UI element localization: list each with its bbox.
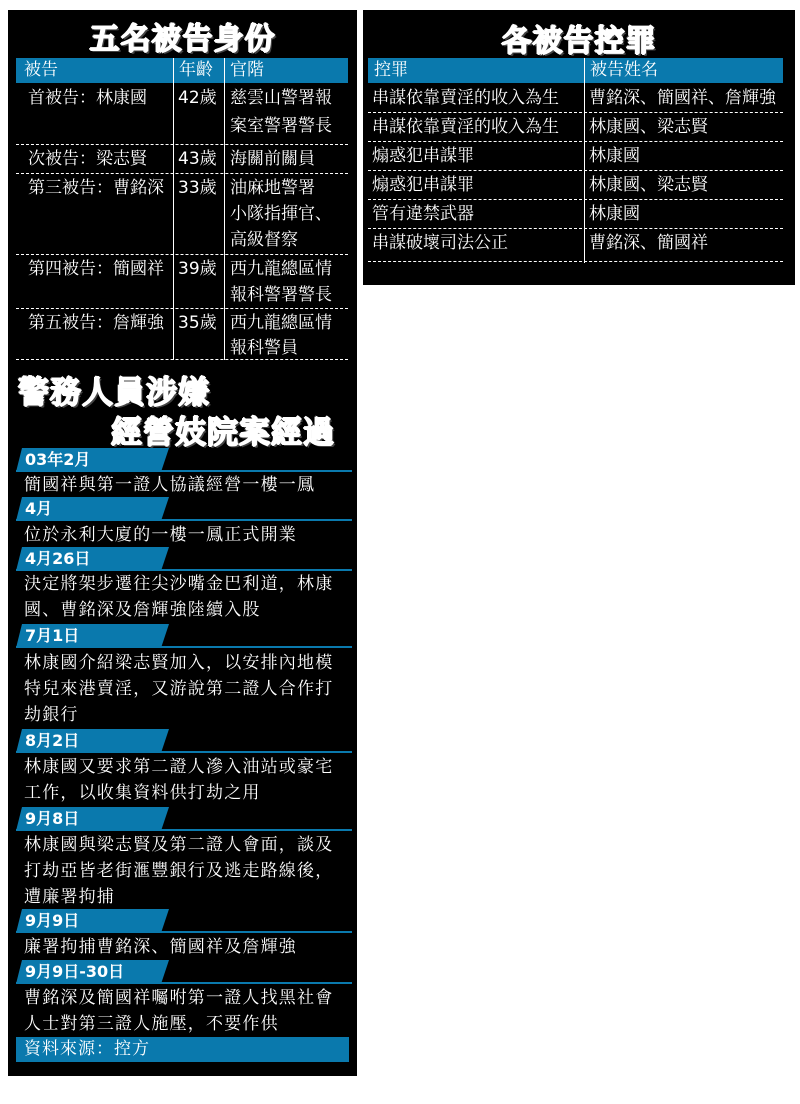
defendant-rank: 油麻地警署	[230, 174, 315, 202]
timeline-date: 9月9日-30日	[25, 960, 124, 984]
defendant-rank: 西九龍總區情	[230, 309, 332, 337]
defendant-name: 次被告：梁志賢	[28, 145, 147, 173]
timeline-event: 林康國又要求第二證人滲入油站或豪宅 工作，以收集資料供打劫之用	[24, 754, 354, 806]
timeline-event: 簡國祥與第一證人協議經營一樓一鳳	[24, 472, 354, 498]
defendant-name: 第三被告：曹銘深	[28, 174, 164, 202]
defendant-rank: 案室警署警長	[230, 112, 332, 140]
event-line: 遭廉署拘捕	[24, 884, 354, 910]
header-rank: 官階	[224, 58, 348, 83]
event-line: 林康國介紹梁志賢加入，以安排內地模	[24, 650, 354, 676]
charge-name: 串謀破壞司法公正	[372, 229, 508, 257]
charge-name: 串謀依靠賣淫的收入為生	[372, 84, 559, 112]
charged-defendants: 林康國	[589, 142, 640, 170]
table-row: 串謀破壞司法公正 曹銘深、簡國祥	[368, 229, 783, 262]
timeline-event: 廉署拘捕曹銘深、簡國祥及詹輝強	[24, 934, 354, 960]
charge-name: 串謀依靠賣淫的收入為生	[372, 113, 559, 141]
charges-panel: 各被告控罪 控罪 被告姓名 串謀依靠賣淫的收入為生 曹銘深、簡國祥、詹輝強 串謀…	[363, 10, 795, 285]
header-defendant: 被告	[16, 58, 173, 83]
defendant-rank: 小隊指揮官、	[230, 200, 332, 228]
charges-table-header: 控罪 被告姓名	[368, 58, 783, 83]
table-row: 第四被告：簡國祥 39歲 西九龍總區情 報科警署警長	[16, 255, 348, 309]
event-line: 廉署拘捕曹銘深、簡國祥及詹輝強	[24, 934, 354, 960]
defendant-name: 第四被告：簡國祥	[28, 255, 164, 283]
timeline-date-tab: 7月1日	[16, 624, 169, 648]
event-line: 國、曹銘深及詹輝強陸續入股	[24, 597, 354, 623]
table-row: 第五被告：詹輝強 35歲 西九龍總區情 報科警員	[16, 309, 348, 360]
timeline-date-tab: 9月9日-30日	[16, 960, 169, 984]
event-line: 林康國與梁志賢及第二證人會面，談及	[24, 832, 354, 858]
timeline-date: 9月9日	[25, 909, 79, 933]
defendant-rank: 報科警署警長	[230, 281, 332, 309]
defendant-age: 33歲	[178, 174, 217, 202]
table-row: 首被告：林康國 42歲 慈雲山警署報 案室警署警長	[16, 84, 348, 145]
defendant-age: 42歲	[178, 84, 217, 112]
defendants-panel: 五名被告身份 被告 年齡 官階 首被告：林康國 42歲 慈雲山警署報 案室警署警…	[8, 10, 357, 1076]
date-underline	[16, 519, 352, 521]
charged-defendants: 曹銘深、簡國祥	[589, 229, 708, 257]
timeline-event: 位於永利大廈的一樓一鳳正式開業	[24, 522, 354, 548]
timeline-date: 8月2日	[25, 729, 79, 753]
charge-name: 煽惑犯串謀罪	[372, 142, 474, 170]
table-row: 煽惑犯串謀罪 林康國、梁志賢	[368, 171, 783, 200]
table-row: 串謀依靠賣淫的收入為生 曹銘深、簡國祥、詹輝強	[368, 84, 783, 113]
timeline-date-tab: 03年2月	[16, 448, 169, 472]
event-line: 打劫亞皆老街滙豐銀行及逃走路線後，	[24, 858, 354, 884]
timeline-date-tab: 4月26日	[16, 547, 169, 571]
defendant-rank: 慈雲山警署報	[230, 84, 332, 112]
timeline-title-line1: 警務人員涉嫌	[18, 367, 210, 412]
timeline-date-tab: 4月	[16, 497, 169, 521]
defendant-rank: 西九龍總區情	[230, 255, 332, 283]
event-line: 工作，以收集資料供打劫之用	[24, 780, 354, 806]
source-note: 資料來源：控方	[16, 1037, 349, 1062]
defendant-rank: 高級督察	[230, 226, 298, 254]
timeline-title-line2: 經營妓院案經過	[111, 407, 335, 452]
defendant-rank: 報科警員	[230, 334, 298, 362]
defendant-age: 35歲	[178, 309, 217, 337]
timeline-date: 7月1日	[25, 624, 79, 648]
header-charge: 控罪	[368, 58, 584, 83]
timeline-date-tab: 9月9日	[16, 909, 169, 933]
defendant-name: 第五被告：詹輝強	[28, 309, 164, 337]
charged-defendants: 林康國、梁志賢	[589, 171, 708, 199]
event-line: 簡國祥與第一證人協議經營一樓一鳳	[24, 472, 354, 498]
charge-name: 管有違禁武器	[372, 200, 474, 228]
table-row: 串謀依靠賣淫的收入為生 林康國、梁志賢	[368, 113, 783, 142]
defendant-name: 首被告：林康國	[28, 84, 147, 112]
timeline-date-tab: 8月2日	[16, 729, 169, 753]
timeline-event: 決定將架步遷往尖沙嘴金巴利道，林康 國、曹銘深及詹輝強陸續入股	[24, 571, 354, 623]
header-age: 年齡	[173, 58, 224, 83]
event-line: 人士對第三證人施壓，不要作供	[24, 1011, 354, 1037]
charged-defendants: 曹銘深、簡國祥、詹輝強	[589, 84, 776, 112]
charged-defendants: 林康國	[589, 200, 640, 228]
timeline-date: 03年2月	[25, 448, 90, 472]
event-line: 曹銘深及簡國祥囑咐第一證人找黑社會	[24, 985, 354, 1011]
charge-name: 煽惑犯串謀罪	[372, 171, 474, 199]
timeline-event: 曹銘深及簡國祥囑咐第一證人找黑社會 人士對第三證人施壓，不要作供	[24, 985, 354, 1037]
event-line: 林康國又要求第二證人滲入油站或豪宅	[24, 754, 354, 780]
charges-title: 各被告控罪	[363, 16, 795, 60]
defendant-age: 43歲	[178, 145, 217, 173]
timeline-date: 4月26日	[25, 547, 90, 571]
timeline-date: 9月8日	[25, 807, 79, 831]
defendant-age: 39歲	[178, 255, 217, 283]
defendants-table-header: 被告 年齡 官階	[16, 58, 348, 83]
event-line: 劫銀行	[24, 702, 354, 728]
event-line: 決定將架步遷往尖沙嘴金巴利道，林康	[24, 571, 354, 597]
event-line: 位於永利大廈的一樓一鳳正式開業	[24, 522, 354, 548]
table-row: 次被告：梁志賢 43歲 海關前關員	[16, 145, 348, 174]
table-row: 管有違禁武器 林康國	[368, 200, 783, 229]
timeline-event: 林康國介紹梁志賢加入，以安排內地模 特兒來港賣淫，又游說第二證人合作打 劫銀行	[24, 650, 354, 728]
header-defendants: 被告姓名	[584, 58, 783, 83]
table-row: 煽惑犯串謀罪 林康國	[368, 142, 783, 171]
charged-defendants: 林康國、梁志賢	[589, 113, 708, 141]
timeline-date: 4月	[25, 497, 52, 521]
defendant-rank: 海關前關員	[230, 145, 315, 173]
timeline-event: 林康國與梁志賢及第二證人會面，談及 打劫亞皆老街滙豐銀行及逃走路線後， 遭廉署拘…	[24, 832, 354, 910]
timeline-date-tab: 9月8日	[16, 807, 169, 831]
event-line: 特兒來港賣淫，又游說第二證人合作打	[24, 676, 354, 702]
table-row: 第三被告：曹銘深 33歲 油麻地警署 小隊指揮官、 高級督察	[16, 174, 348, 255]
defendants-title: 五名被告身份	[8, 14, 357, 58]
